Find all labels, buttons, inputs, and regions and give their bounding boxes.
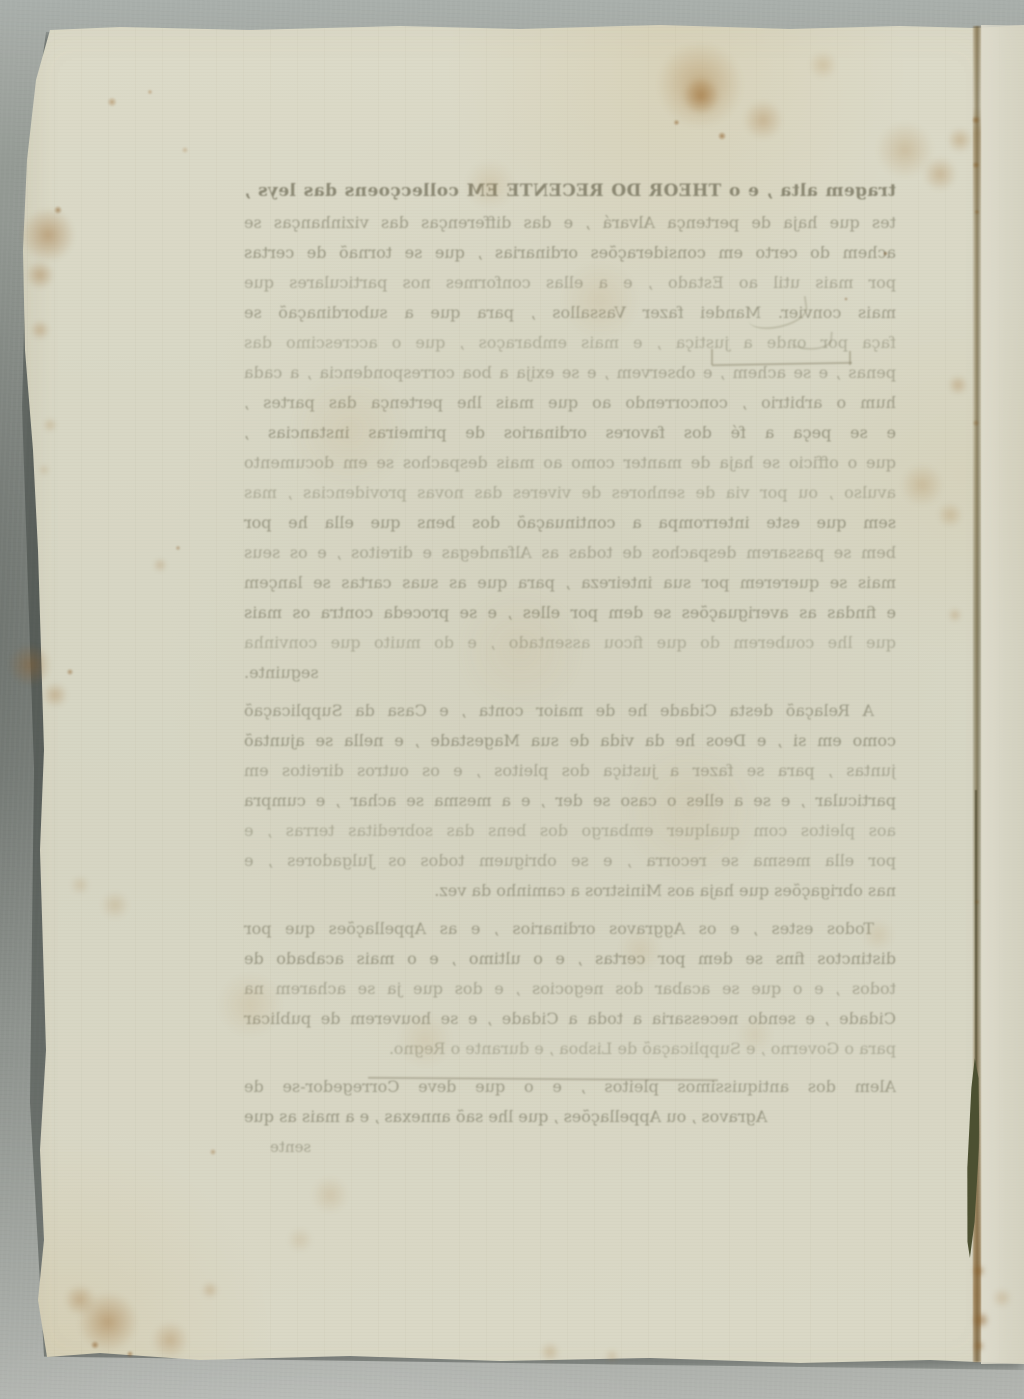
foxing-stain (144, 1314, 196, 1366)
foxing-wash (387, 1002, 463, 1078)
bleedthrough-paragraph: Alem dos antiquissimos pleitos , e o que… (244, 1072, 896, 1132)
bleedthrough-line: juntas , para se fazer a justiça dos ple… (244, 756, 896, 786)
foxing-stain (37, 677, 73, 713)
foxing-speckle (146, 88, 154, 96)
foxing-speckle (180, 145, 190, 155)
bleedthrough-line: particular , e se a elles o caso se der … (244, 786, 896, 816)
bleedthrough-line: Cidade , e sendo necessaria a toda a Cid… (244, 1004, 896, 1034)
foxing-speckle (716, 130, 728, 142)
bleedthrough-line: para o Governo , e Supplicaçaõ de Lisboa… (244, 1034, 896, 1064)
bleedthrough-line: Todos estes , e os Aggravos ordinarios ,… (244, 914, 896, 944)
foxing-speckle (208, 1147, 218, 1157)
bleedthrough-line: por ella mesma se recorra , e se obrigue… (244, 846, 896, 876)
gutter-crease-dark-segment (975, 790, 977, 1075)
foxing-speckle (174, 544, 182, 552)
foxing-stain (198, 1278, 222, 1302)
foxing-stain (675, 70, 727, 122)
bleedthrough-paragraph: Todos estes , e os Aggravos ordinarios ,… (244, 914, 896, 1064)
bleedthrough-line: distinctos fins se dem por certas , e o … (244, 944, 896, 974)
gutter-speckle (971, 418, 981, 428)
foxing-stain (66, 871, 94, 899)
bleedthrough-line: bem se passarem despachos de todas as Al… (244, 538, 896, 568)
foxing-stain (733, 92, 793, 148)
gutter-speckle (969, 1308, 993, 1332)
foxing-stain (536, 1338, 564, 1366)
bleedthrough-line: aos pleitos com qualquer embargo dos ben… (244, 816, 896, 846)
foxing-stain (602, 1346, 622, 1366)
foxing-speckle (843, 296, 849, 302)
foxing-wash (430, 560, 610, 740)
foxing-stain (942, 122, 978, 158)
bleedthrough-catchword: sente (244, 1132, 896, 1162)
foxing-stain (730, 1010, 780, 1060)
foxing-speckle (882, 250, 889, 257)
bleedthrough-line: Agravos , ou Appellações , que lhe saõ a… (244, 1102, 896, 1132)
foxing-wash (590, 710, 790, 910)
foxing-stain (610, 920, 670, 980)
bleedthrough-paragraph: A Relaçaõ desta Cidade he de maior conta… (244, 696, 896, 906)
foxing-stain (856, 913, 900, 957)
foxing-stain (944, 371, 972, 399)
gutter-speckle (973, 208, 981, 216)
foxing-speckle (52, 204, 64, 216)
foxing-stain (95, 885, 135, 925)
bleedthrough-line: tes que haja de pertença Alvará , e das … (244, 208, 896, 238)
gutter-speckle (970, 1262, 988, 1280)
foxing-stain (282, 1222, 318, 1258)
foxing-stain (150, 555, 170, 575)
gutter-speckle (971, 1338, 987, 1354)
bleedthrough-box-tick-left (711, 349, 713, 365)
foxing-stain (36, 462, 52, 478)
bleedthrough-box-tick-right (849, 351, 851, 365)
foxing-stain (932, 497, 968, 533)
foxing-stain (455, 150, 525, 220)
foxing-speckle (105, 95, 119, 109)
foxing-stain (20, 255, 60, 295)
foxing-speckle (89, 1339, 101, 1351)
foxing-wash (205, 960, 295, 1050)
bleedthrough-heading-line: tragem alta , e o THEOR DO RECENTE EM co… (244, 176, 896, 206)
foxing-stain (58, 1278, 102, 1322)
foxing-stain (545, 245, 655, 355)
foxing-stain (945, 605, 965, 625)
gutter-speckle (973, 898, 981, 906)
foxing-stain (40, 415, 60, 435)
gutter-speckle (970, 114, 982, 126)
foxing-stain (800, 45, 846, 85)
foxing-speckle (65, 667, 75, 677)
conjugate-leaf-strip (981, 25, 1024, 1364)
foxing-stain (988, 1284, 1016, 1312)
foxing-stain (26, 316, 54, 344)
gutter-speckle (971, 160, 981, 170)
bleedthrough-line: todos , e o que se acabar dos negocios ,… (244, 974, 896, 1004)
foxing-speckle (672, 118, 681, 127)
bleedthrough-line: Alem dos antiquissimos pleitos , e o que… (244, 1072, 896, 1102)
bleedthrough-line: como em si , e Deos he da vida de sua Ma… (244, 726, 896, 756)
bleedthrough-line: nas obrigações que haja aos Ministros a … (244, 876, 896, 906)
scanned-document-page: tragem alta , e o THEOR DO RECENTE EM co… (0, 0, 1024, 1399)
foxing-stain (304, 1169, 356, 1221)
foxing-speckle (125, 1349, 135, 1359)
foxing-wash (265, 345, 435, 515)
